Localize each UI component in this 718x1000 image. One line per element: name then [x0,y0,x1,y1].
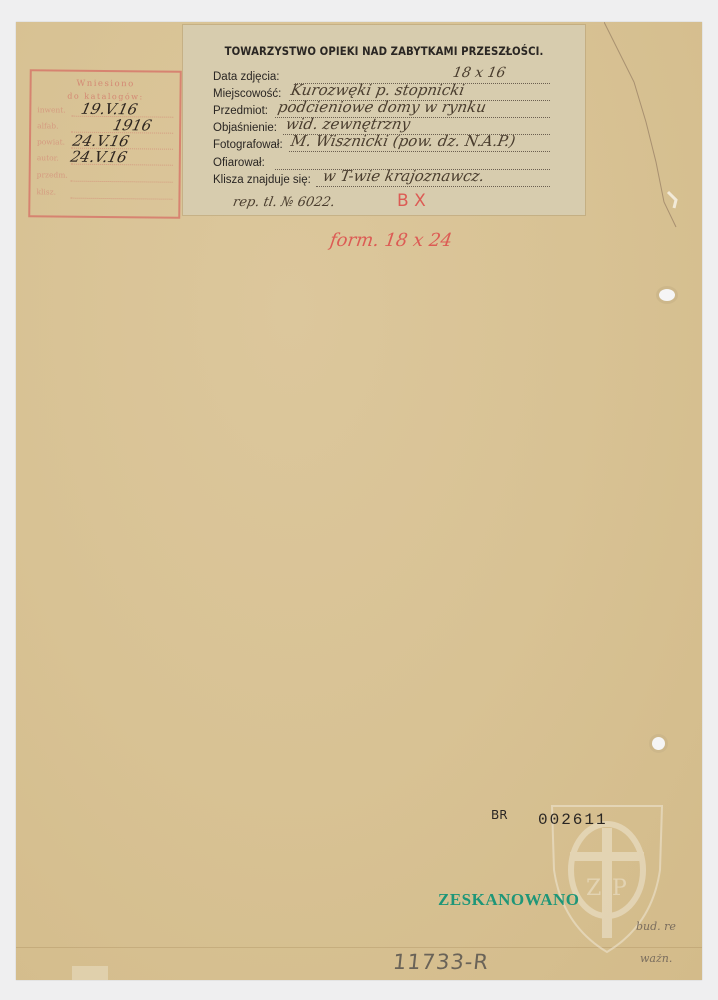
field-subject: Przedmiot: [213,105,268,117]
field-photo-date: Data zdjęcia: [213,71,279,83]
field-label: Fotografował: [213,139,283,151]
field-label: Klisza znajduje się: [213,174,311,186]
field-locality: Miejscowość: [213,88,281,100]
br-label: BR [491,808,508,822]
field-label: Ofiarował: [213,157,265,169]
field-value: podcieniowe domy w rynku [276,98,487,116]
stamp-row-line [71,181,173,183]
field-value: w T-wie krajoznawcz. [321,167,486,185]
stamp-row-label: klisz. [36,187,56,196]
field-value: 18 x 16 [452,65,507,81]
info-card: TOWARZYSTWO OPIEKI NAD ZABYTKAMI PRZESZŁ… [183,25,585,215]
punch-hole-top [659,289,675,301]
format-note: form. 18 x 24 [329,230,454,251]
catalog-stamp: Wniesiono do katalogów: inwent. 19.V.16 … [28,69,182,219]
field-line [316,186,550,187]
field-label: Miejscowość: [213,88,281,100]
field-value: Kurozwęki p. stopnicki [289,81,465,99]
field-label: Objaśnienie: [213,122,277,134]
punch-hole-bottom [652,737,665,750]
stamp-row-label: autor. [37,153,59,162]
stamp-row-value: 24.V.16 [69,148,129,167]
reference-mark: B X [397,191,426,211]
stamp-row-label: alfab. [37,121,58,130]
corner-crease [604,22,702,232]
field-negative-location: Klisza znajduje się: [213,174,311,186]
field-value: M. Wisznicki (pow. dz. N.A.P.) [289,132,516,150]
stamp-title: Wniesiono [32,78,180,90]
paper-tab [72,966,108,980]
stamp-row-label: powiat. [37,137,65,146]
stamp-row-line [70,198,172,200]
br-number: 002611 [538,811,608,829]
field-line [289,151,550,152]
reference-number: rep. tl. № 6022. [232,195,336,210]
field-description: Objaśnienie: [213,122,277,134]
card-title: TOWARZYSTWO OPIEKI NAD ZABYTKAMI PRZESZŁ… [207,44,561,58]
svg-text:P: P [612,876,627,901]
inventory-number: 11733-R [392,950,491,974]
stamp-row-label: inwent. [37,105,65,114]
field-value: wid. zewnętrzny [284,115,411,133]
stamp-row-label: przedm. [37,170,68,179]
field-donor: Ofiarował: [213,157,265,169]
field-label: Przedmiot: [213,105,268,117]
field-label: Data zdjęcia: [213,71,279,83]
pencil-note: bud. re [636,920,676,933]
scanned-stamp: ZESKANOWANO [438,890,580,910]
field-photographer: Fotografował: [213,139,283,151]
pencil-note: ważn. [640,952,672,965]
svg-text:Z: Z [586,876,601,901]
